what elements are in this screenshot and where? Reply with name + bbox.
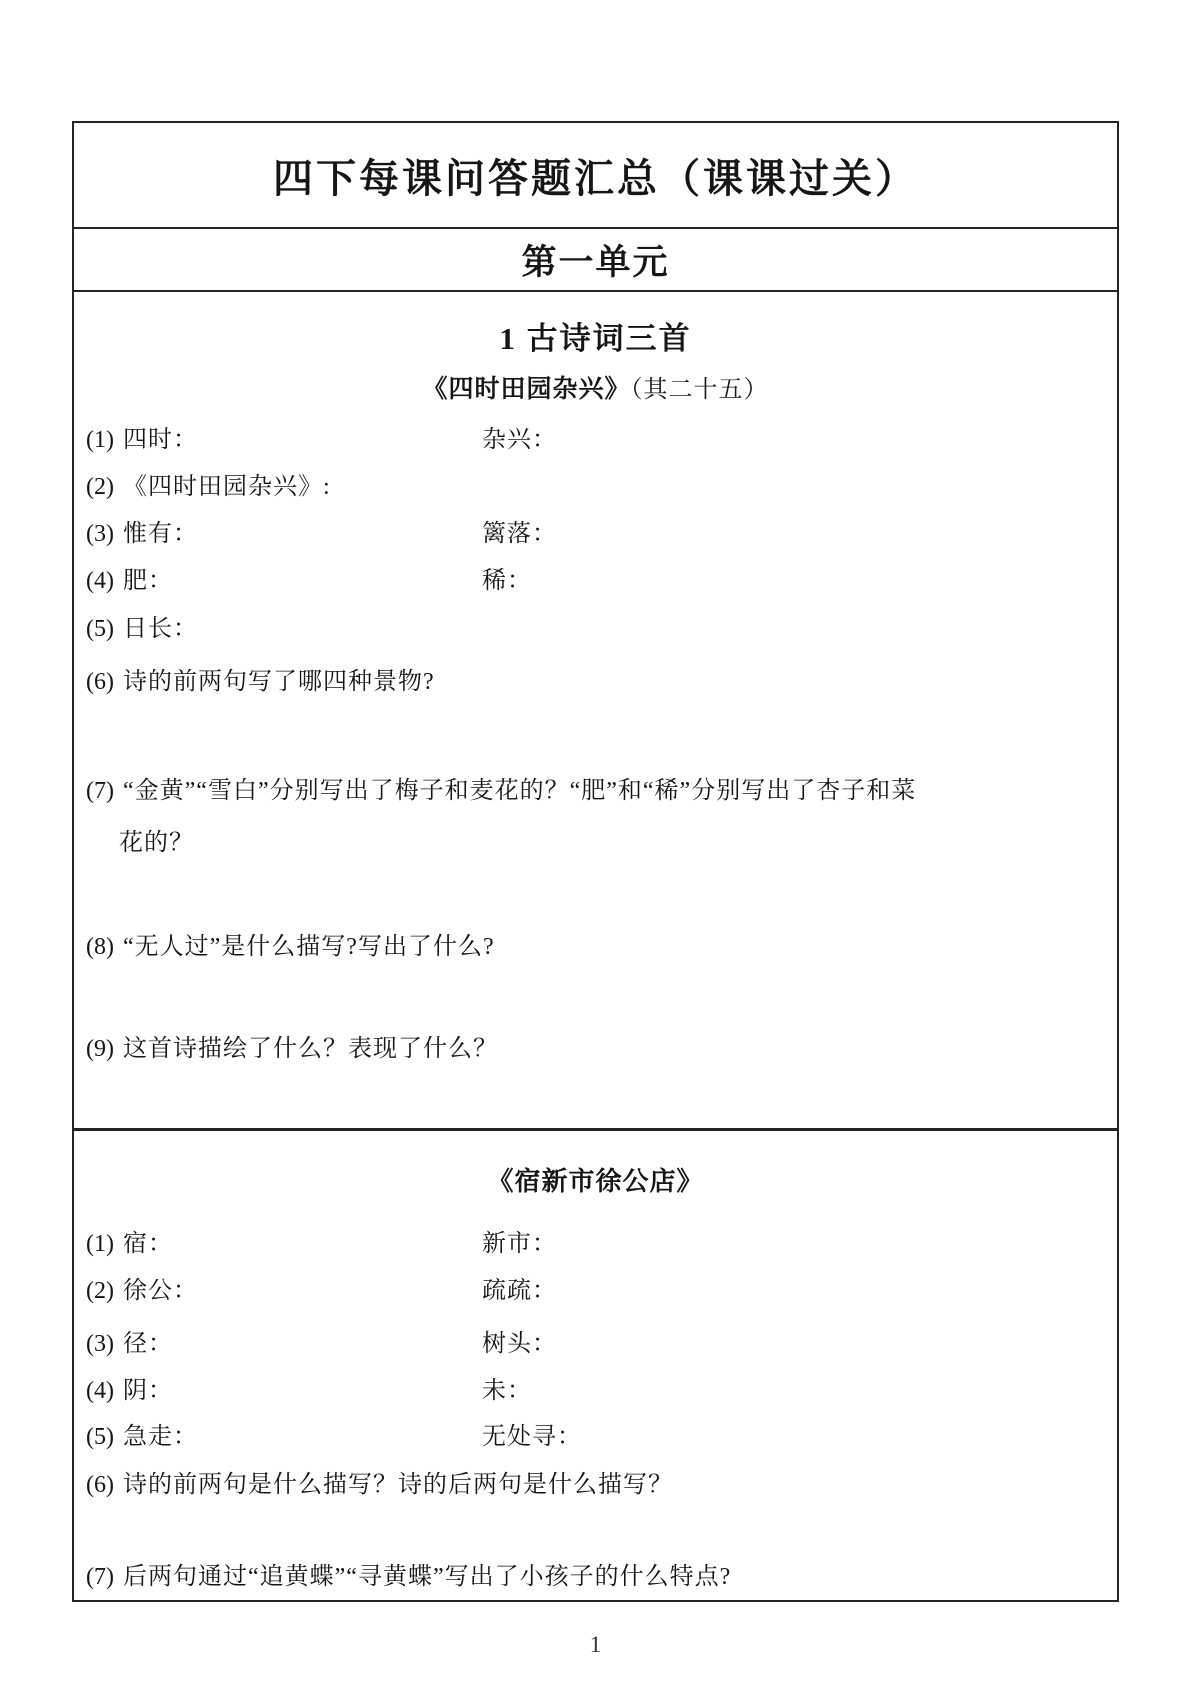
question-line: (7)后两句通过“追黄蝶”“寻黄蝶”写出了小孩子的什么特点?: [86, 1553, 1105, 1600]
poem-title-note: （其二十五）: [631, 377, 769, 403]
document-title: 四下每课问答题汇总（课课过关）: [74, 123, 1117, 227]
vocab-term-right: 树头：: [482, 1321, 557, 1368]
question-row: (6)诗的前两句是什么描写？诗的后两句是什么描写？: [86, 1461, 1105, 1509]
section-poem-2: 《宿新市徐公店》 (1)宿：新市： (2)徐公：疏疏： (3)径：树头： (4)…: [74, 1128, 1117, 1600]
vocab-term-left: 《四时田园杂兴》:: [123, 474, 331, 500]
vocab-number: (4): [86, 568, 114, 594]
vocab-row: (4)阴：未：: [86, 1368, 1105, 1414]
question-text: 诗的前两句是什么描写？诗的后两句是什么描写？: [123, 1472, 673, 1498]
question-text: 这首诗描绘了什么？表现了什么？: [123, 1036, 498, 1062]
poem-title-2: 《宿新市徐公店》: [86, 1159, 1105, 1205]
vocab-term-right: 未：: [482, 1368, 532, 1414]
vocab-row: (3)径：树头：: [86, 1321, 1105, 1368]
question-line: (9)这首诗描绘了什么？表现了什么？: [86, 1025, 1105, 1073]
vocab-term-right: 无处寻：: [482, 1414, 582, 1461]
page-number: 1: [0, 1632, 1191, 1658]
lesson-heading: 1 古诗词三首: [86, 316, 1105, 362]
worksheet-table: 四下每课问答题汇总（课课过关） 第一单元 1 古诗词三首 《四时田园杂兴》（其二…: [72, 121, 1119, 1602]
vocab-term-left: 宿：: [123, 1231, 173, 1257]
question-number: (8): [86, 934, 114, 960]
vocab-number: (5): [86, 616, 114, 642]
question-number: (7): [86, 778, 114, 804]
question-text: 诗的前两句写了哪四种景物?: [123, 669, 435, 695]
question-text: 后两句通过“追黄蝶”“寻黄蝶”写出了小孩子的什么特点?: [123, 1564, 731, 1590]
vocab-row: (3)惟有：篱落：: [86, 511, 1105, 558]
question-line: (7)“金黄”“雪白”分别写出了梅子和麦花的？“肥”和“稀”分别写出了杏子和菜: [86, 765, 1105, 817]
vocab-number: (1): [86, 427, 114, 453]
vocab-row: (5)日长：: [86, 605, 1105, 653]
section-poem-1: 1 古诗词三首 《四时田园杂兴》（其二十五） (1)四时：杂兴： (2)《四时田…: [74, 290, 1117, 1128]
vocab-term-left: 肥：: [123, 568, 173, 594]
vocab-term-left: 惟有：: [123, 521, 198, 547]
question-row: (7)“金黄”“雪白”分别写出了梅子和麦花的？“肥”和“稀”分别写出了杏子和菜 …: [86, 765, 1105, 869]
vocab-term-left: 四时：: [123, 427, 198, 453]
vocab-number: (2): [86, 474, 114, 500]
question-row: (7)后两句通过“追黄蝶”“寻黄蝶”写出了小孩子的什么特点?: [86, 1553, 1105, 1600]
vocab-row: (5)急走：无处寻：: [86, 1414, 1105, 1461]
vocab-term-left: 径：: [123, 1331, 173, 1357]
vocab-number: (3): [86, 521, 114, 547]
worksheet-page: 四下每课问答题汇总（课课过关） 第一单元 1 古诗词三首 《四时田园杂兴》（其二…: [0, 0, 1191, 1684]
question-number: (9): [86, 1036, 114, 1062]
vocab-number: (2): [86, 1278, 114, 1304]
vocab-term-right: 篱落：: [482, 511, 557, 558]
vocab-term-left: 急走：: [123, 1424, 198, 1450]
vocab-term-right: 新市：: [482, 1221, 557, 1268]
vocab-term-right: 杂兴：: [482, 417, 557, 464]
question-number: (7): [86, 1564, 114, 1590]
vocab-term-right: 疏疏：: [482, 1268, 557, 1315]
vocab-row: (2)徐公：疏疏：: [86, 1268, 1105, 1315]
question-line-continued: 花的？: [86, 817, 1105, 869]
vocab-number: (3): [86, 1331, 114, 1357]
vocab-row: (2)《四时田园杂兴》:: [86, 464, 1105, 511]
poem-title-1: 《四时田园杂兴》（其二十五）: [86, 370, 1105, 410]
question-row: (8)“无人过”是什么描写?写出了什么?: [86, 923, 1105, 971]
vocab-number: (1): [86, 1231, 114, 1257]
question-row: (6)诗的前两句写了哪四种景物?: [86, 657, 1105, 707]
question-line: (8)“无人过”是什么描写?写出了什么?: [86, 923, 1105, 971]
vocab-row: (1)宿：新市：: [86, 1221, 1105, 1268]
question-row: (9)这首诗描绘了什么？表现了什么？: [86, 1025, 1105, 1073]
vocab-term-left: 徐公：: [123, 1278, 198, 1304]
vocab-term-left: 阴：: [123, 1378, 173, 1404]
vocab-number: (4): [86, 1378, 114, 1404]
vocab-number: (5): [86, 1424, 114, 1450]
question-text: “金黄”“雪白”分别写出了梅子和麦花的？“肥”和“稀”分别写出了杏子和菜: [123, 778, 916, 804]
question-text: “无人过”是什么描写?写出了什么?: [123, 934, 495, 960]
unit-heading: 第一单元: [74, 227, 1117, 290]
question-number: (6): [86, 669, 114, 695]
poem-title-text: 《四时田园杂兴》: [422, 376, 630, 403]
vocab-term-left: 日长：: [123, 616, 198, 642]
vocab-term-right: 稀：: [482, 558, 532, 605]
question-number: (6): [86, 1472, 114, 1498]
vocab-row: (4)肥：稀：: [86, 558, 1105, 605]
vocab-row: (1)四时：杂兴：: [86, 417, 1105, 464]
